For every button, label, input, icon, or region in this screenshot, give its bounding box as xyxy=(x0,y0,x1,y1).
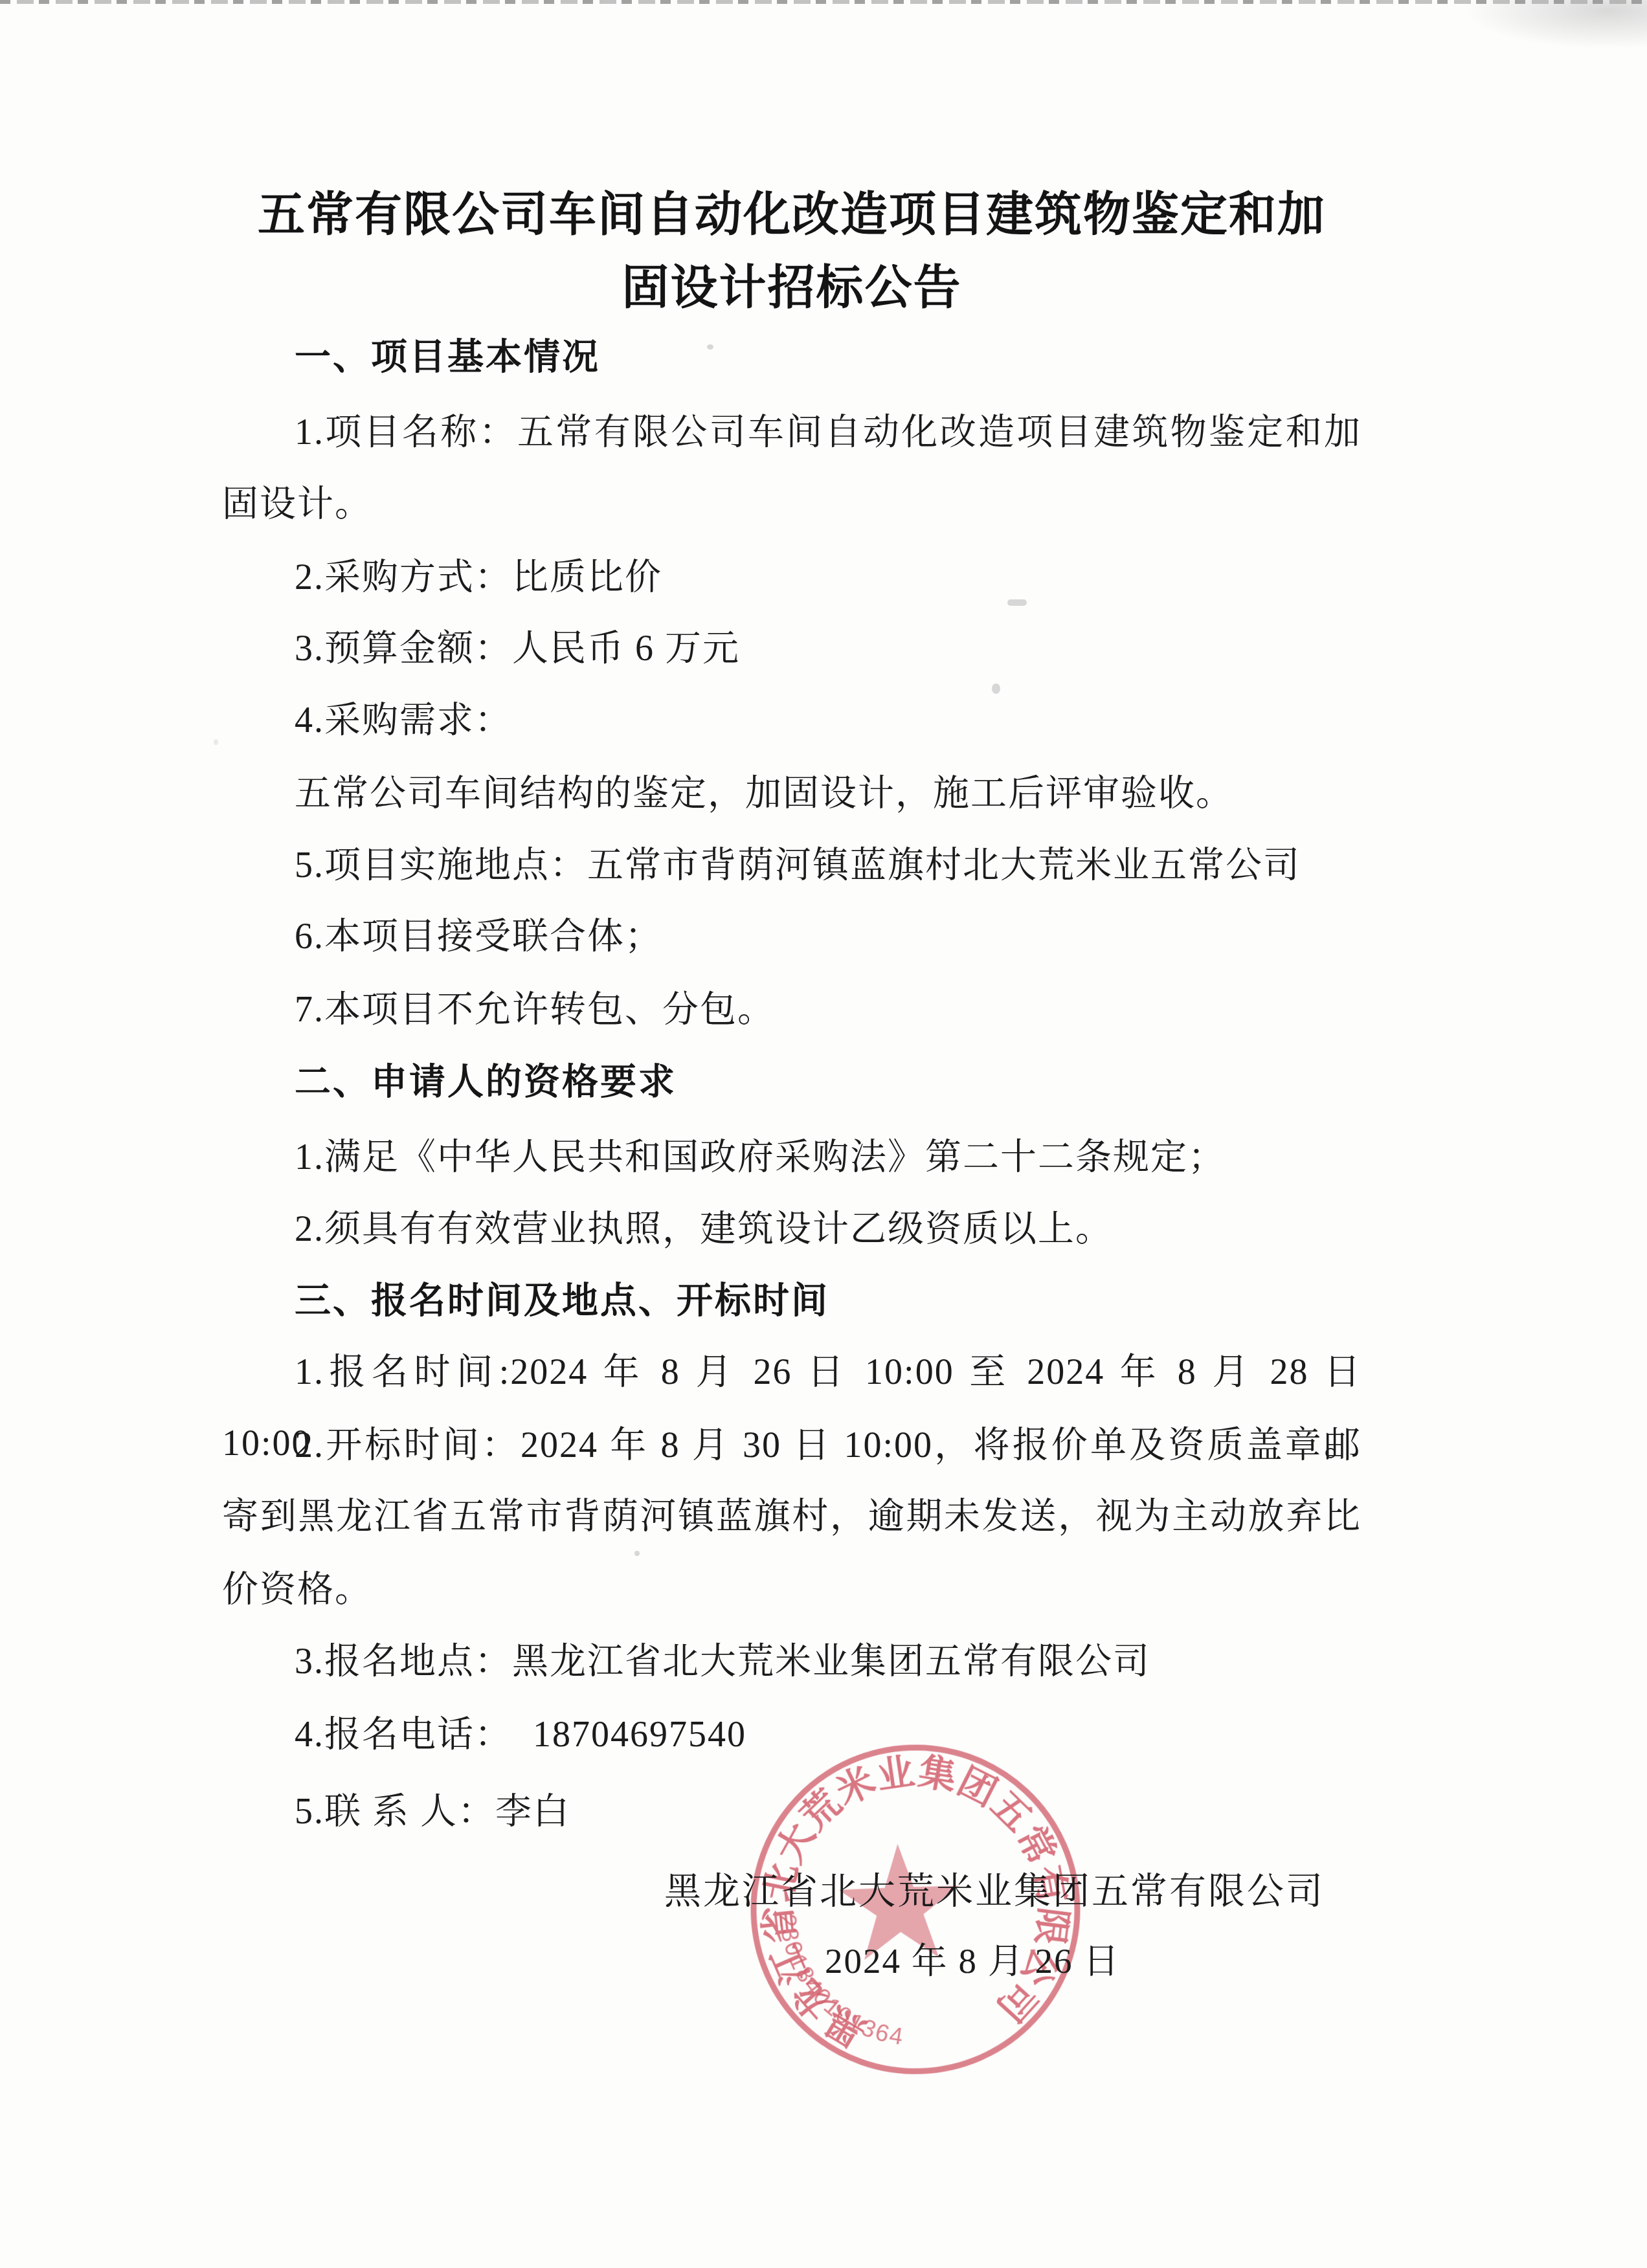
section-1-heading: 一、项目基本情况 xyxy=(222,321,1361,392)
scan-smudge xyxy=(1453,0,1647,52)
section-2-heading: 二、申请人的资格要求 xyxy=(222,1046,1361,1117)
para-bid-opening-line-2: 寄到黑龙江省五常市背荫河镇蓝旗村，逾期未发送，视为主动放弃比 xyxy=(222,1481,1361,1552)
title-line-2: 固设计招标公告 xyxy=(222,252,1361,324)
para-requirement-label: 4.采购需求： xyxy=(222,685,1361,756)
para-budget: 3.预算金额：人民币 6 万元 xyxy=(222,613,1361,684)
para-location: 5.项目实施地点：五常市背荫河镇蓝旗村北大荒米业五常公司 xyxy=(222,830,1361,901)
para-qualification-2: 2.须具有有效营业执照，建筑设计乙级资质以上。 xyxy=(222,1194,1361,1265)
para-consortium: 6.本项目接受联合体； xyxy=(222,901,1361,972)
para-requirement-detail: 五常公司车间结构的鉴定，加固设计，施工后评审验收。 xyxy=(222,758,1361,829)
para-procurement-method: 2.采购方式：比质比价 xyxy=(222,542,1361,613)
para-project-name-line-2: 固设计。 xyxy=(222,469,1361,540)
para-qualification-1: 1.满足《中华人民共和国政府采购法》第二十二条规定； xyxy=(222,1122,1361,1193)
para-registration-place: 3.报名地点：黑龙江省北大荒米业集团五常有限公司 xyxy=(222,1626,1361,1697)
scan-noise-edge xyxy=(0,0,1647,4)
para-bid-opening-line-1: 2.开标时间：2024 年 8 月 30 日 10:00，将报价单及资质盖章邮 xyxy=(222,1410,1361,1481)
para-bid-opening-line-3: 价资格。 xyxy=(222,1554,1361,1625)
para-project-name-line-1: 1.项目名称：五常有限公司车间自动化改造项目建筑物鉴定和加 xyxy=(222,397,1361,468)
signature-company-name: 黑龙江省北大荒米业集团五常有限公司 xyxy=(664,1856,1325,1928)
scan-speck xyxy=(214,739,218,745)
title-line-1: 五常有限公司车间自动化改造项目建筑物鉴定和加 xyxy=(222,179,1361,250)
para-registration-time: 1.报名时间:2024 年 8 月 26 日 10:00 至 2024 年 8 … xyxy=(222,1337,1361,1408)
para-registration-phone: 4.报名电话： 18704697540 xyxy=(222,1699,1361,1770)
scanned-document-page: 黑龙江省北大荒米业集团五常有限公司 2301840101364 五常有限公司车间… xyxy=(0,0,1647,2268)
signature-date: 2024 年 8 月 26 日 xyxy=(825,1926,1120,1997)
section-3-heading: 三、报名时间及地点、开标时间 xyxy=(222,1265,1361,1336)
para-contact-person: 5.联 系 人：李白 xyxy=(222,1776,1361,1847)
para-no-subcontract: 7.本项目不允许转包、分包。 xyxy=(222,974,1361,1045)
